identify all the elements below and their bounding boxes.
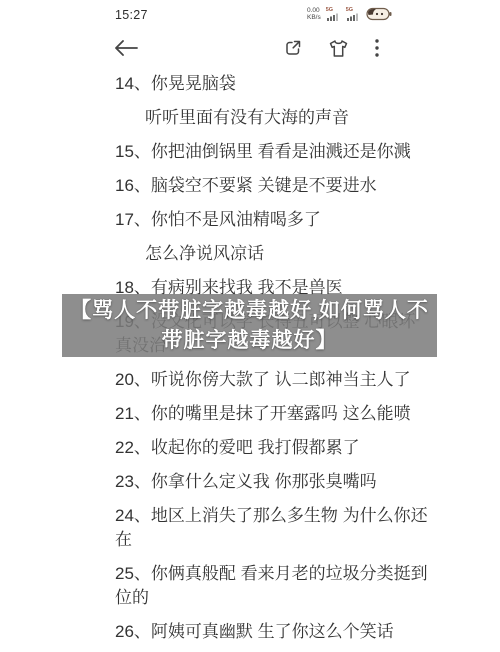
article-line: 听听里面有没有大海的声音 (145, 106, 500, 130)
article-line: 25、你俩真般配 看来月老的垃圾分类挺到 (115, 562, 500, 586)
article-line: 23、你拿什么定义我 你那张臭嘴吗 (115, 470, 500, 494)
article-line: 15、你把油倒锅里 看看是油溅还是你溅 (115, 140, 500, 164)
watermark-text-line2: 带脏字越毒越好】 (62, 326, 437, 356)
article-line: 位的 (115, 586, 500, 610)
watermark-overlay: 【骂人不带脏字越毒越好,如何骂人不 带脏字越毒越好】 (62, 294, 437, 357)
article-line: 20、听说你傍大款了 认二郎神当主人了 (115, 368, 500, 392)
article-line: 22、收起你的爱吧 我打假都累了 (115, 436, 500, 460)
article-line: 26、阿姨可真幽默 生了你这么个笑话 (115, 620, 500, 644)
article-line: 21、你的嘴里是抹了开塞露吗 这么能喷 (115, 402, 500, 426)
article-line: 在 (115, 528, 500, 552)
watermark-text-line1: 【骂人不带脏字越毒越好,如何骂人不 (62, 296, 437, 326)
article-line: 16、脑袋空不要紧 关键是不要进水 (115, 174, 500, 198)
phone-screen: 15:27 0.00 KB/s 5G 5G (0, 0, 500, 652)
article-line: 17、你怕不是风油精喝多了 (115, 208, 500, 232)
article-line: 怎么净说风凉话 (145, 242, 500, 266)
article-line: 14、你晃晃脑袋 (115, 72, 500, 96)
article-line: 24、地区上消失了那么多生物 为什么你还 (115, 504, 500, 528)
